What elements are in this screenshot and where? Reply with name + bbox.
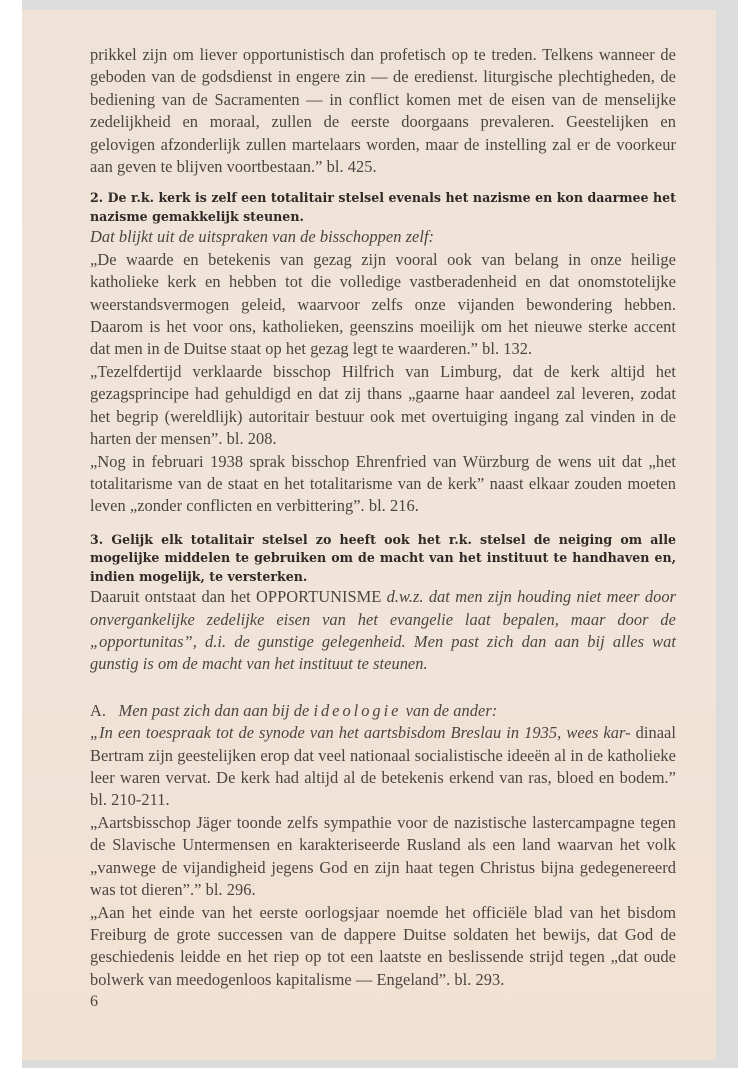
section-heading-text: De r.k. kerk is zelf een totalitair stel… xyxy=(90,190,676,224)
quote-hilfrich: „Tezelfdertijd verklaarde bisschop Hilfr… xyxy=(90,361,676,451)
quote-ehrenfried: „Nog in februari 1938 sprak bisschop Ehr… xyxy=(90,451,676,518)
quote-bertram: „In een toespraak tot de synode van het … xyxy=(90,722,676,812)
quote-bishops-authority: „De waarde en betekenis van gezag zijn v… xyxy=(90,249,676,361)
book-page: prikkel zijn om liever opportunistisch d… xyxy=(22,10,716,1060)
subsection-a-post: van de ander: xyxy=(401,701,497,720)
subsection-a-spaced-word: ideologie xyxy=(313,701,401,720)
quote-freiburg: „Aan het einde van het eerste oorlogsjaa… xyxy=(90,902,676,992)
section-heading-text: Gelijk elk totalitair stelsel zo heeft o… xyxy=(90,532,676,584)
subsection-a-heading: A. Men past zich dan aan bij de ideologi… xyxy=(90,700,676,722)
paragraph-continuation: prikkel zijn om liever opportunistisch d… xyxy=(90,44,676,178)
section-number: 3. xyxy=(90,532,103,547)
spacer xyxy=(90,518,676,531)
paragraph-opportunisme: Daaruit ontstaat dan het OPPORTUNISME d.… xyxy=(90,586,676,676)
spacer xyxy=(90,178,676,189)
section-heading-3: 3. Gelijk elk totalitair stelsel zo heef… xyxy=(90,531,676,587)
spacer xyxy=(90,676,676,700)
opportunisme-roman: Daaruit ontstaat dan het OPPORTUNISME xyxy=(90,587,387,606)
subsection-label: A. xyxy=(90,701,106,720)
scan-left-margin xyxy=(0,0,22,1068)
page-number: 6 xyxy=(90,991,676,1013)
section-heading-2: 2. De r.k. kerk is zelf een totalitair s… xyxy=(90,189,676,226)
section-2-intro: Dat blijkt uit de uitspraken van de biss… xyxy=(90,226,676,248)
section-number: 2. xyxy=(90,190,103,205)
subsection-a-pre: Men past zich dan aan bij de xyxy=(119,701,314,720)
quote-bertram-italic: „In een toespraak tot de synode van het … xyxy=(90,723,631,742)
quote-jager: „Aartsbisschop Jäger toonde zelfs sympat… xyxy=(90,812,676,902)
